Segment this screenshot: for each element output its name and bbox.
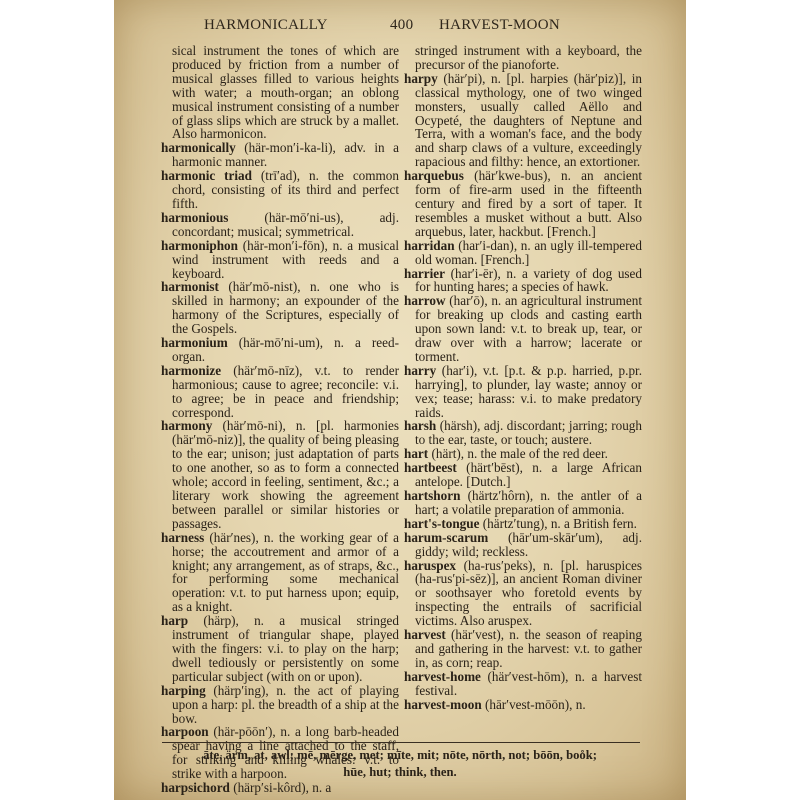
dictionary-entry: harridan (har′i-dan), n. an ugly ill-tem… (404, 239, 642, 267)
entry-definition: (har′i), v.t. [p.t. & p.p. harried, p.pr… (415, 363, 642, 420)
dictionary-entry: harmoniphon (här-mon′i-fōn), n. a musica… (161, 239, 399, 281)
dictionary-entry: harpsichord (härp′si-kôrd), n. a (161, 781, 399, 795)
entry-headword: harry (404, 363, 436, 378)
entry-headword: harmoniphon (161, 238, 238, 253)
entry-headword: haruspex (404, 558, 456, 573)
right-column: stringed instrument with a keyboard, the… (404, 44, 642, 712)
entry-definition: (här′pi), n. [pl. harpies (här′piz)], in… (415, 71, 642, 169)
entry-headword: harmony (161, 418, 212, 433)
dictionary-entry: harmonist (här′mō-nist), n. one who is s… (161, 280, 399, 336)
entry-headword: harp (161, 613, 188, 628)
entry-headword: harquebus (404, 168, 464, 183)
entry-headword: hartbeest (404, 460, 457, 475)
dictionary-entry: harrier (har′i-ēr), n. a variety of dog … (404, 267, 642, 295)
entry-headword: harrier (404, 266, 445, 281)
entry-definition: (här′vest), n. the season of reaping and… (415, 627, 642, 670)
entry-headword: harpsichord (161, 780, 230, 795)
entry-headword: hart (404, 446, 428, 461)
entry-definition: (härp), n. a musical stringed instrument… (172, 613, 399, 684)
entry-definition: (härtz′tung), n. a British fern. (479, 516, 636, 531)
dictionary-entry: harpy (här′pi), n. [pl. harpies (här′piz… (404, 72, 642, 169)
footer-rule (162, 742, 640, 743)
dictionary-entry: harsh (härsh), adj. discordant; jarring;… (404, 419, 642, 447)
dictionary-entry: harmony (här′mō-ni), n. [pl. harmonies (… (161, 419, 399, 530)
entry-headword: harmonium (161, 335, 228, 350)
page-number: 400 (390, 17, 413, 34)
dictionary-entry: haruspex (ha-rus′peks), n. [pl. haruspic… (404, 559, 642, 629)
dictionary-entry: harvest (här′vest), n. the season of rea… (404, 628, 642, 670)
pronunciation-key-line-1: āte, ärm, at, awl; mē, mērge, met; mīte,… (134, 747, 666, 764)
entry-headword: harping (161, 683, 206, 698)
entry-headword: harvest (404, 627, 446, 642)
entry-headword: harmonically (161, 140, 236, 155)
entry-definition: (har′ō), n. an agricultural instrument f… (415, 293, 642, 364)
dictionary-entry: harry (har′i), v.t. [p.t. & p.p. harried… (404, 364, 642, 420)
entry-definition: (här′nes), n. the working gear of a hors… (172, 530, 399, 615)
entry-definition: (härsh), adj. discordant; jarring; rough… (415, 418, 642, 447)
dictionary-entry: harmonious (här-mō′ni-us), adj. concorda… (161, 211, 399, 239)
pronunciation-key: āte, ärm, at, awl; mē, mērge, met; mīte,… (134, 747, 666, 781)
entry-headword: harum-scarum (404, 530, 488, 545)
dictionary-entry: hartbeest (härt′bēst), n. a large Africa… (404, 461, 642, 489)
entry-headword: hartshorn (404, 488, 460, 503)
dictionary-entry: hart's-tongue (härtz′tung), n. a British… (404, 517, 642, 531)
entry-definition: sical instrument the tones of which are … (172, 43, 399, 141)
entry-headword: harvest-home (404, 669, 481, 684)
dictionary-entry: harvest-moon (hār′vest-mōōn), n. (404, 698, 642, 712)
dictionary-entry: hart (härt), n. the male of the red deer… (404, 447, 642, 461)
entry-definition: (härt), n. the male of the red deer. (428, 446, 608, 461)
dictionary-entry: hartshorn (härtz′hôrn), n. the antler of… (404, 489, 642, 517)
entry-headword: harvest-moon (404, 697, 482, 712)
dictionary-entry: harmonic triad (trī′ad), n. the common c… (161, 169, 399, 211)
entry-headword: harpoon (161, 724, 209, 739)
entry-headword: harmonic triad (161, 168, 252, 183)
right-guide-word: HARVEST-MOON (439, 17, 560, 34)
dictionary-entry: harrow (har′ō), n. an agricultural instr… (404, 294, 642, 364)
entry-headword: harness (161, 530, 204, 545)
dictionary-entry: harum-scarum (hār′um-skār′um), adj. gidd… (404, 531, 642, 559)
dictionary-entry: harmonically (här-mon′i-ka-li), adv. in … (161, 141, 399, 169)
dictionary-entry: harmonium (här-mō′ni-um), n. a reed-orga… (161, 336, 399, 364)
entry-headword: harmonist (161, 279, 219, 294)
left-column: sical instrument the tones of which are … (161, 44, 399, 795)
entry-headword: harrow (404, 293, 446, 308)
entry-definition: (härp′si-kôrd), n. a (230, 780, 331, 795)
running-head: HARMONICALLY 400 HARVEST-MOON (114, 17, 686, 37)
dictionary-entry: sical instrument the tones of which are … (161, 44, 399, 141)
entry-definition: (hār′vest-mōōn), n. (482, 697, 586, 712)
entry-headword: harmonize (161, 363, 221, 378)
dictionary-entry: harmonize (här′mō-nīz), v.t. to render h… (161, 364, 399, 420)
entry-headword: harmonious (161, 210, 228, 225)
dictionary-entry: harness (här′nes), n. the working gear o… (161, 531, 399, 614)
entry-definition: (har′i-ēr), n. a variety of dog used for… (415, 266, 642, 295)
entry-headword: harsh (404, 418, 436, 433)
dictionary-entry: harvest-home (här′vest-hōm), n. a harves… (404, 670, 642, 698)
dictionary-entry: stringed instrument with a keyboard, the… (404, 44, 642, 72)
entry-definition: stringed instrument with a keyboard, the… (415, 43, 642, 72)
entry-definition: (härp′ing), n. the act of playing upon a… (172, 683, 399, 726)
entry-headword: harpy (404, 71, 438, 86)
entry-definition: (här′mō-ni), n. [pl. harmonies (här′mō-n… (172, 418, 399, 530)
dictionary-entry: harquebus (här′kwe-bus), n. an ancient f… (404, 169, 642, 239)
left-guide-word: HARMONICALLY (204, 17, 328, 34)
dictionary-page: HARMONICALLY 400 HARVEST-MOON sical inst… (114, 0, 686, 800)
entry-headword: hart's-tongue (404, 516, 479, 531)
pronunciation-key-line-2: hūe, hut; think, then. (134, 764, 666, 781)
dictionary-entry: harp (härp), n. a musical stringed instr… (161, 614, 399, 684)
entry-headword: harridan (404, 238, 455, 253)
dictionary-entry: harping (härp′ing), n. the act of playin… (161, 684, 399, 726)
